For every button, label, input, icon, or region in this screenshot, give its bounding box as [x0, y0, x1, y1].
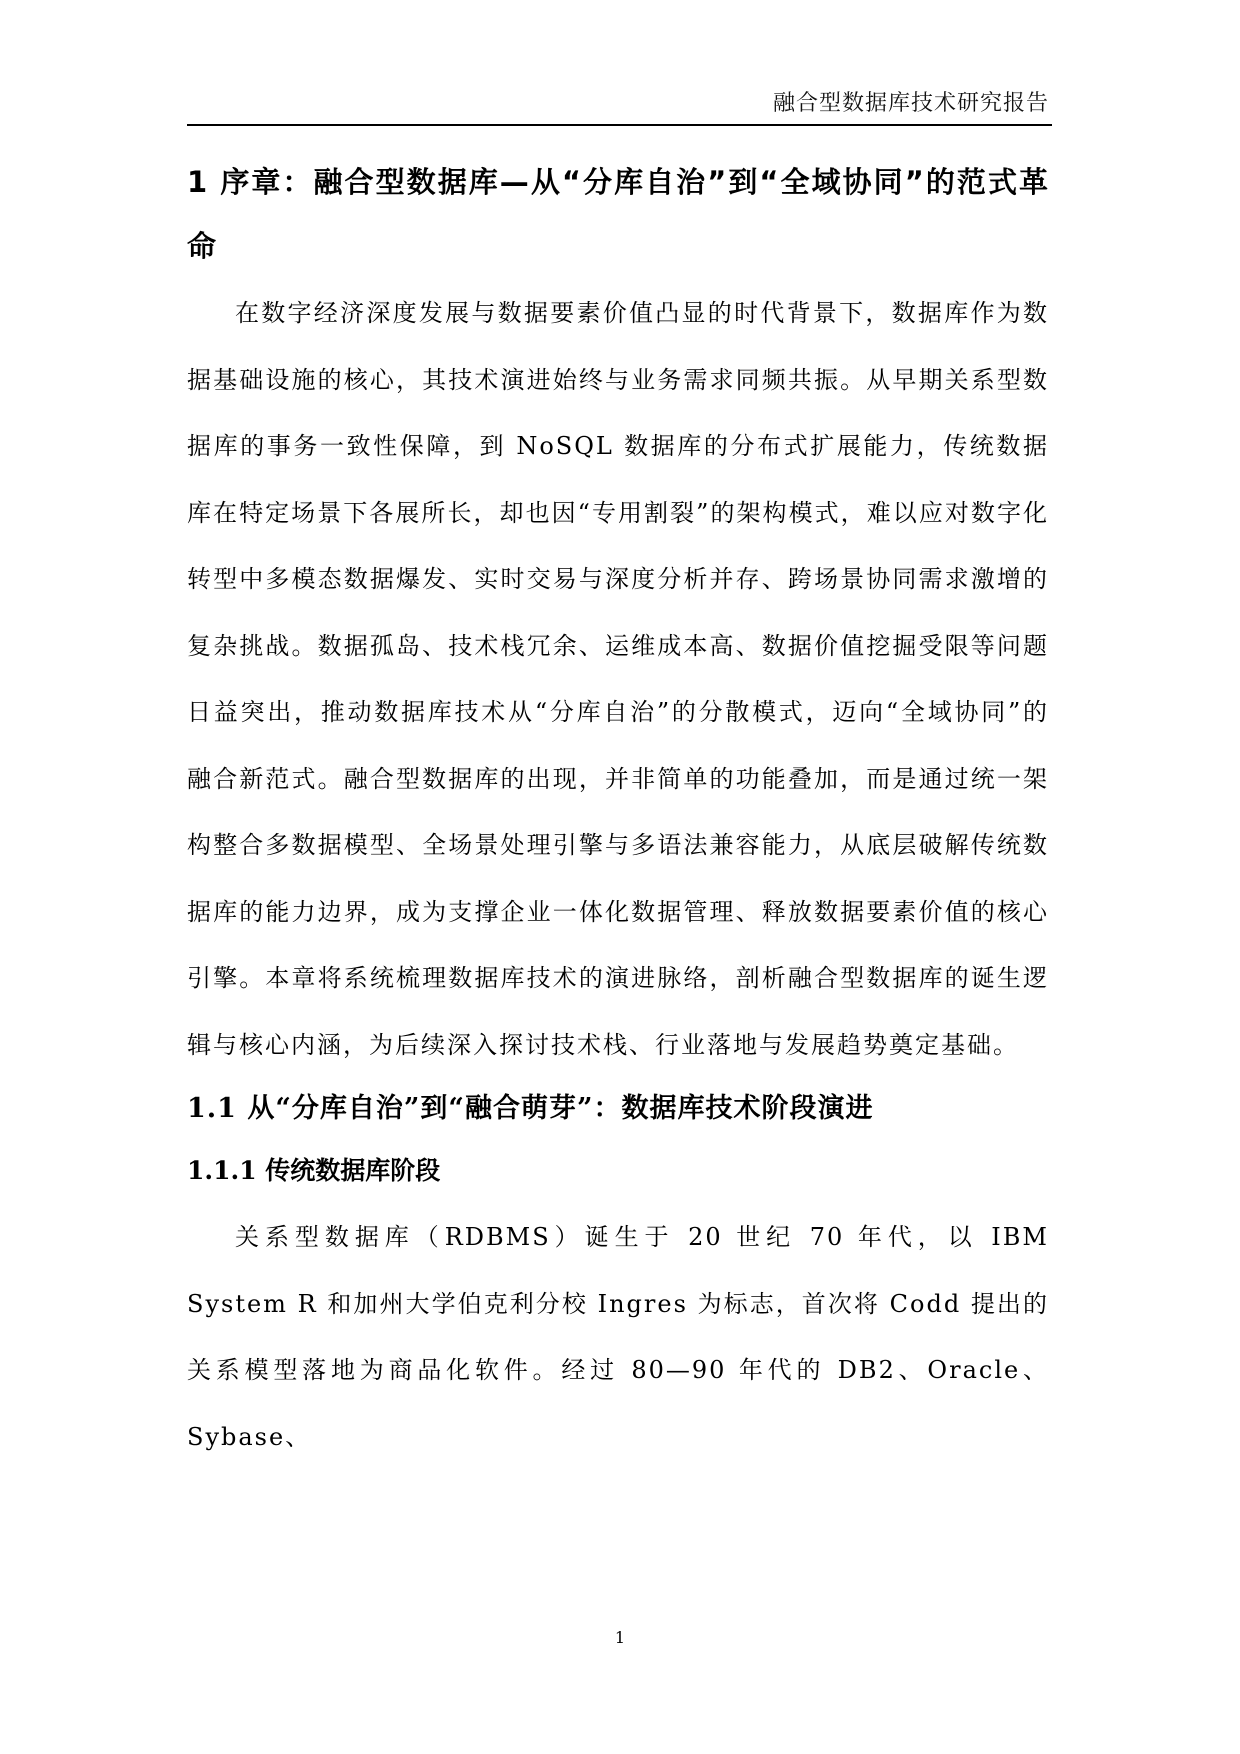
document-page: 融合型数据库技术研究报告 1 序章：融合型数据库—从“分库自治”到“全域协同”的… — [0, 0, 1240, 1754]
page-number: 1 — [0, 1628, 1240, 1648]
running-header-title: 融合型数据库技术研究报告 — [187, 90, 1049, 118]
section-heading: 1.1 从“分库自治”到“融合萌芽”：数据库技术阶段演进 — [187, 1078, 1049, 1140]
chapter-heading: 1 序章：融合型数据库—从“分库自治”到“全域协同”的范式革命 — [187, 150, 1049, 278]
subsection-heading: 1.1.1 传统数据库阶段 — [187, 1140, 1049, 1202]
chapter-intro-paragraph: 在数字经济深度发展与数据要素价值凸显的时代背景下，数据库作为数据基础设施的核心，… — [187, 280, 1049, 1078]
subsection-paragraph: 关系型数据库（RDBMS）诞生于 20 世纪 70 年代，以 IBM Syste… — [187, 1204, 1049, 1470]
page-content: 1 序章：融合型数据库—从“分库自治”到“全域协同”的范式革命 在数字经济深度发… — [187, 150, 1049, 1470]
header-divider — [187, 124, 1052, 126]
